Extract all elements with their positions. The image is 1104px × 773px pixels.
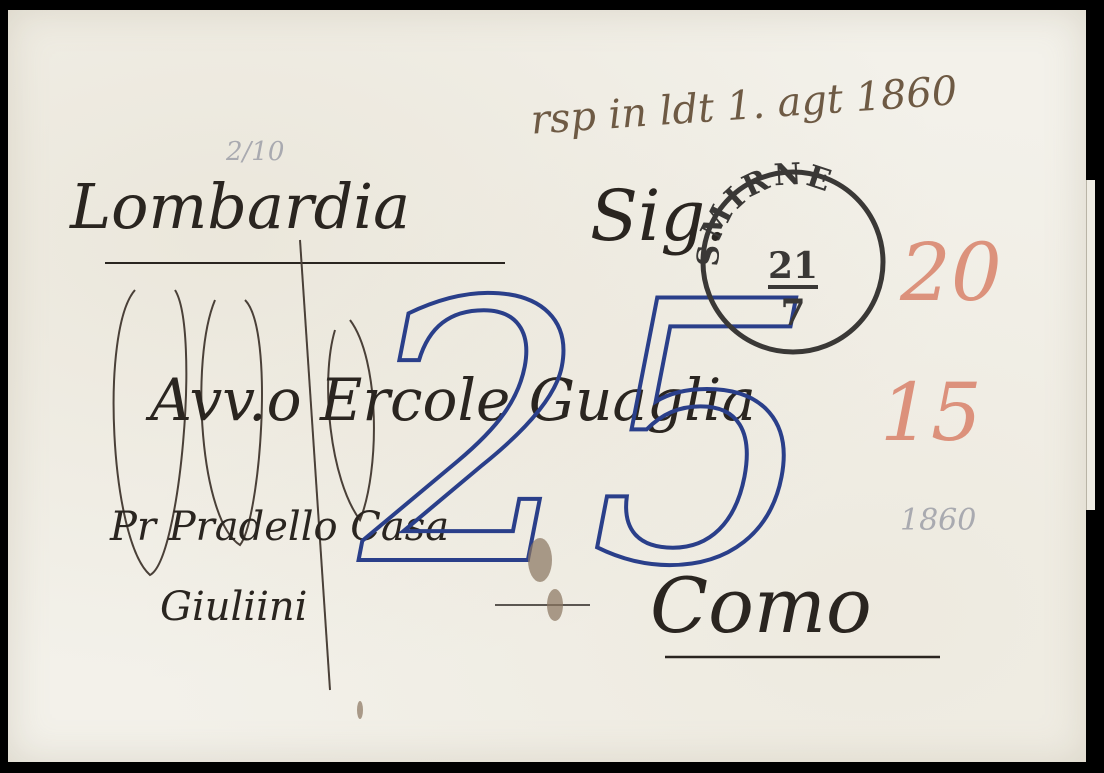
- pencil-year: 1860: [900, 503, 976, 538]
- cover-markings: rsp in ldt 1. agt 1860 2/10 Lombardia Si…: [0, 0, 1104, 773]
- postmark-day: 21: [768, 245, 818, 287]
- postmark-month: 7: [780, 292, 805, 334]
- address-line-2: Giuliini: [160, 584, 307, 630]
- pencil-rate: 2/10: [225, 137, 284, 167]
- destination-region: Lombardia: [69, 170, 410, 243]
- red-rate-lower: 15: [880, 366, 982, 459]
- docket-text: rsp in ldt 1. agt 1860: [529, 68, 959, 144]
- red-rate-upper: 20: [899, 226, 1002, 319]
- blue-charge-mark: 25: [354, 226, 818, 645]
